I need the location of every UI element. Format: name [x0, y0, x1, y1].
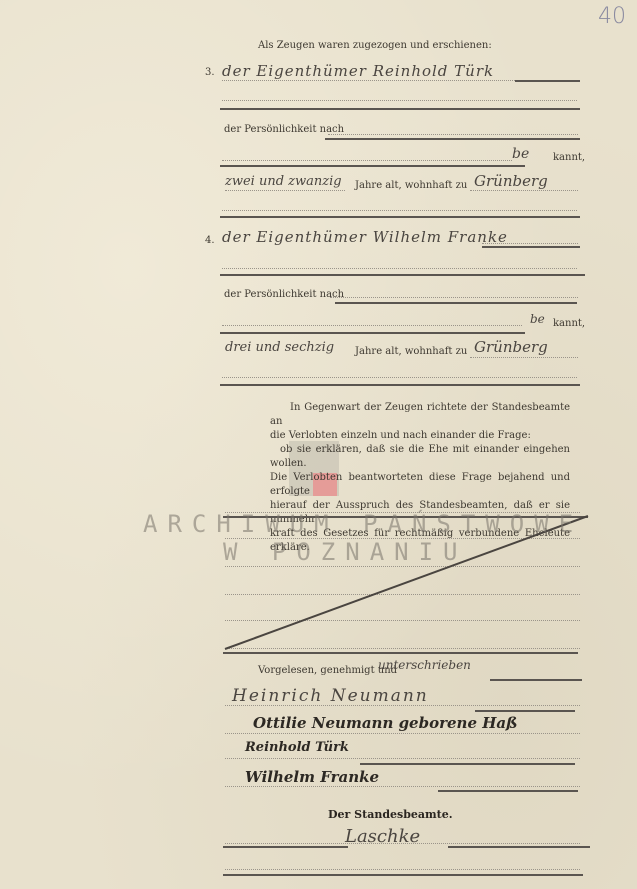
signature-groom: Heinrich Neumann: [232, 686, 429, 706]
closing-handwritten: unterschrieben: [378, 658, 471, 672]
archive-watermark-line2: W POZNANIU: [223, 538, 468, 566]
signature-witness-4: Wilhelm Franke: [245, 768, 379, 786]
signature-witness-3: Reinhold Türk: [245, 740, 349, 755]
official-title: Der Standesbeamte.: [328, 808, 453, 821]
closing-printed: Vorgelesen, genehmigt und: [258, 665, 397, 676]
archive-watermark-line1: ARCHIWUM PAŃSTWOWE: [143, 510, 583, 538]
document-page: 40 Als Zeugen waren zugezogen und erschi…: [0, 0, 637, 889]
strike-through-diagonal: [0, 0, 637, 889]
signature-bride: Ottilie Neumann geborene Haß: [253, 714, 518, 732]
